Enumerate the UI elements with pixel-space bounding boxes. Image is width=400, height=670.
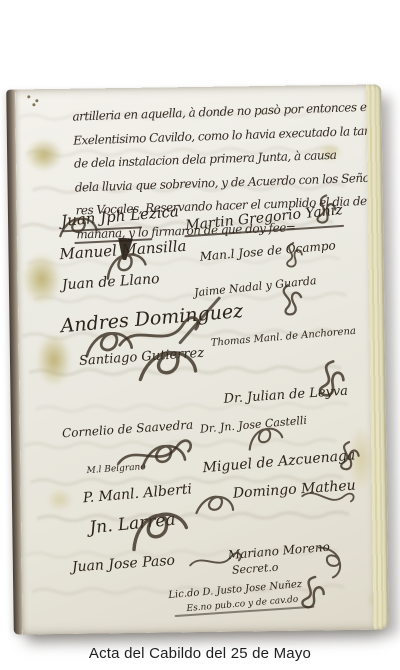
- signature-rubric: [102, 244, 150, 283]
- scanned-document-figure: artilleria en aquella, à donde no pasò p…: [0, 0, 400, 670]
- signature: Man.l Jose de Ocampo: [199, 238, 336, 263]
- signature-rubric: [193, 482, 239, 526]
- signature-rubric: [302, 350, 351, 414]
- paper-surface: artilleria en aquella, à donde no pasò p…: [15, 85, 374, 635]
- signature: Thomas Manl. de Anchorena: [210, 326, 356, 349]
- signature-rubric: [284, 569, 333, 621]
- signature-rubric: [299, 474, 361, 515]
- signature-rubric: [187, 540, 247, 575]
- signature: Juan Jose Paso: [71, 553, 175, 576]
- signatures-block: Juan Jph LezicaMartin Gregorio YanizManu…: [15, 85, 374, 635]
- caption: Acta del Cabildo del 25 de Mayo: [0, 645, 400, 662]
- signature-rubric: [135, 339, 203, 389]
- signature-rubric: [82, 323, 138, 362]
- signature-rubric: [137, 436, 191, 473]
- manuscript-page: artilleria en aquella, à donde no pasò p…: [6, 84, 389, 634]
- signature-rubric: [276, 237, 304, 278]
- signature-rubric: [269, 280, 307, 328]
- signature-rubric: [124, 499, 192, 554]
- signature-rubric: [304, 190, 339, 235]
- manuscript-photo: artilleria en aquella, à donde no pasò p…: [0, 80, 400, 642]
- signature-rubric: [244, 416, 286, 456]
- signature-rubric: [58, 209, 101, 243]
